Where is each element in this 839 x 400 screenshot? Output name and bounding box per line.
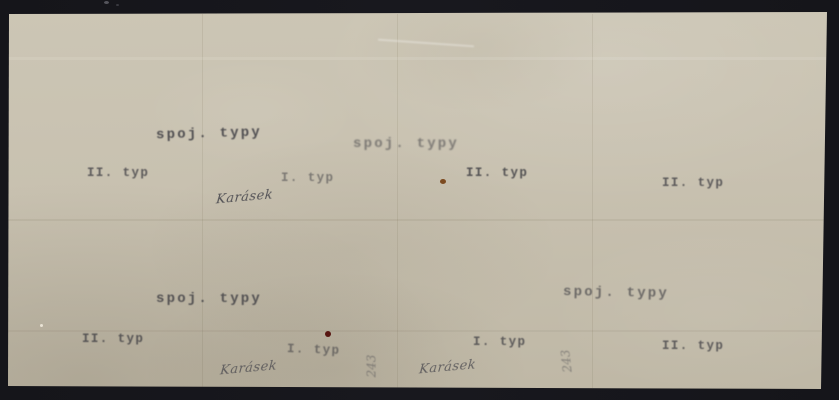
stamp-separation-line-horizontal: [8, 219, 826, 221]
expert-mark-typ: II. typ: [87, 167, 149, 180]
stamp-edge-highlight: [8, 57, 826, 60]
paper-speck-maroon: [325, 331, 331, 337]
stamp-block-paper: spoj. typy spoj. typy II. typ I. typ II.…: [0, 0, 839, 400]
expert-mark-typ: II. typ: [662, 177, 724, 190]
expert-signature-karasek: Karásek: [220, 359, 278, 377]
expert-mark-typ: I. typ: [287, 343, 341, 357]
expert-signature-karasek: Karásek: [216, 188, 274, 206]
expert-mark-spoj-typy: spoj. typy: [156, 126, 262, 143]
expert-mark-typ: II. typ: [82, 333, 144, 346]
expert-mark-typ: I. typ: [281, 172, 334, 185]
paper-crease: [378, 39, 474, 48]
expert-mark-typ: I. typ: [473, 336, 526, 349]
dust-speck: [116, 4, 119, 6]
pencil-number-vertical: 243: [365, 355, 377, 378]
photo-stage: spoj. typy spoj. typy II. typ I. typ II.…: [0, 0, 839, 400]
expert-mark-typ: II. typ: [466, 167, 528, 180]
expert-mark-typ: II. typ: [662, 340, 724, 353]
dust-speck: [104, 1, 109, 4]
paper-speck-light: [40, 324, 43, 327]
paper-speck-rust: [440, 179, 446, 184]
expert-mark-spoj-typy: spoj. typy: [563, 285, 669, 301]
expert-signature-karasek: Karásek: [419, 358, 477, 376]
pencil-number-vertical: 243: [559, 349, 573, 373]
expert-mark-spoj-typy: spoj. typy: [156, 292, 262, 306]
expert-mark-spoj-typy: spoj. typy: [353, 137, 459, 151]
